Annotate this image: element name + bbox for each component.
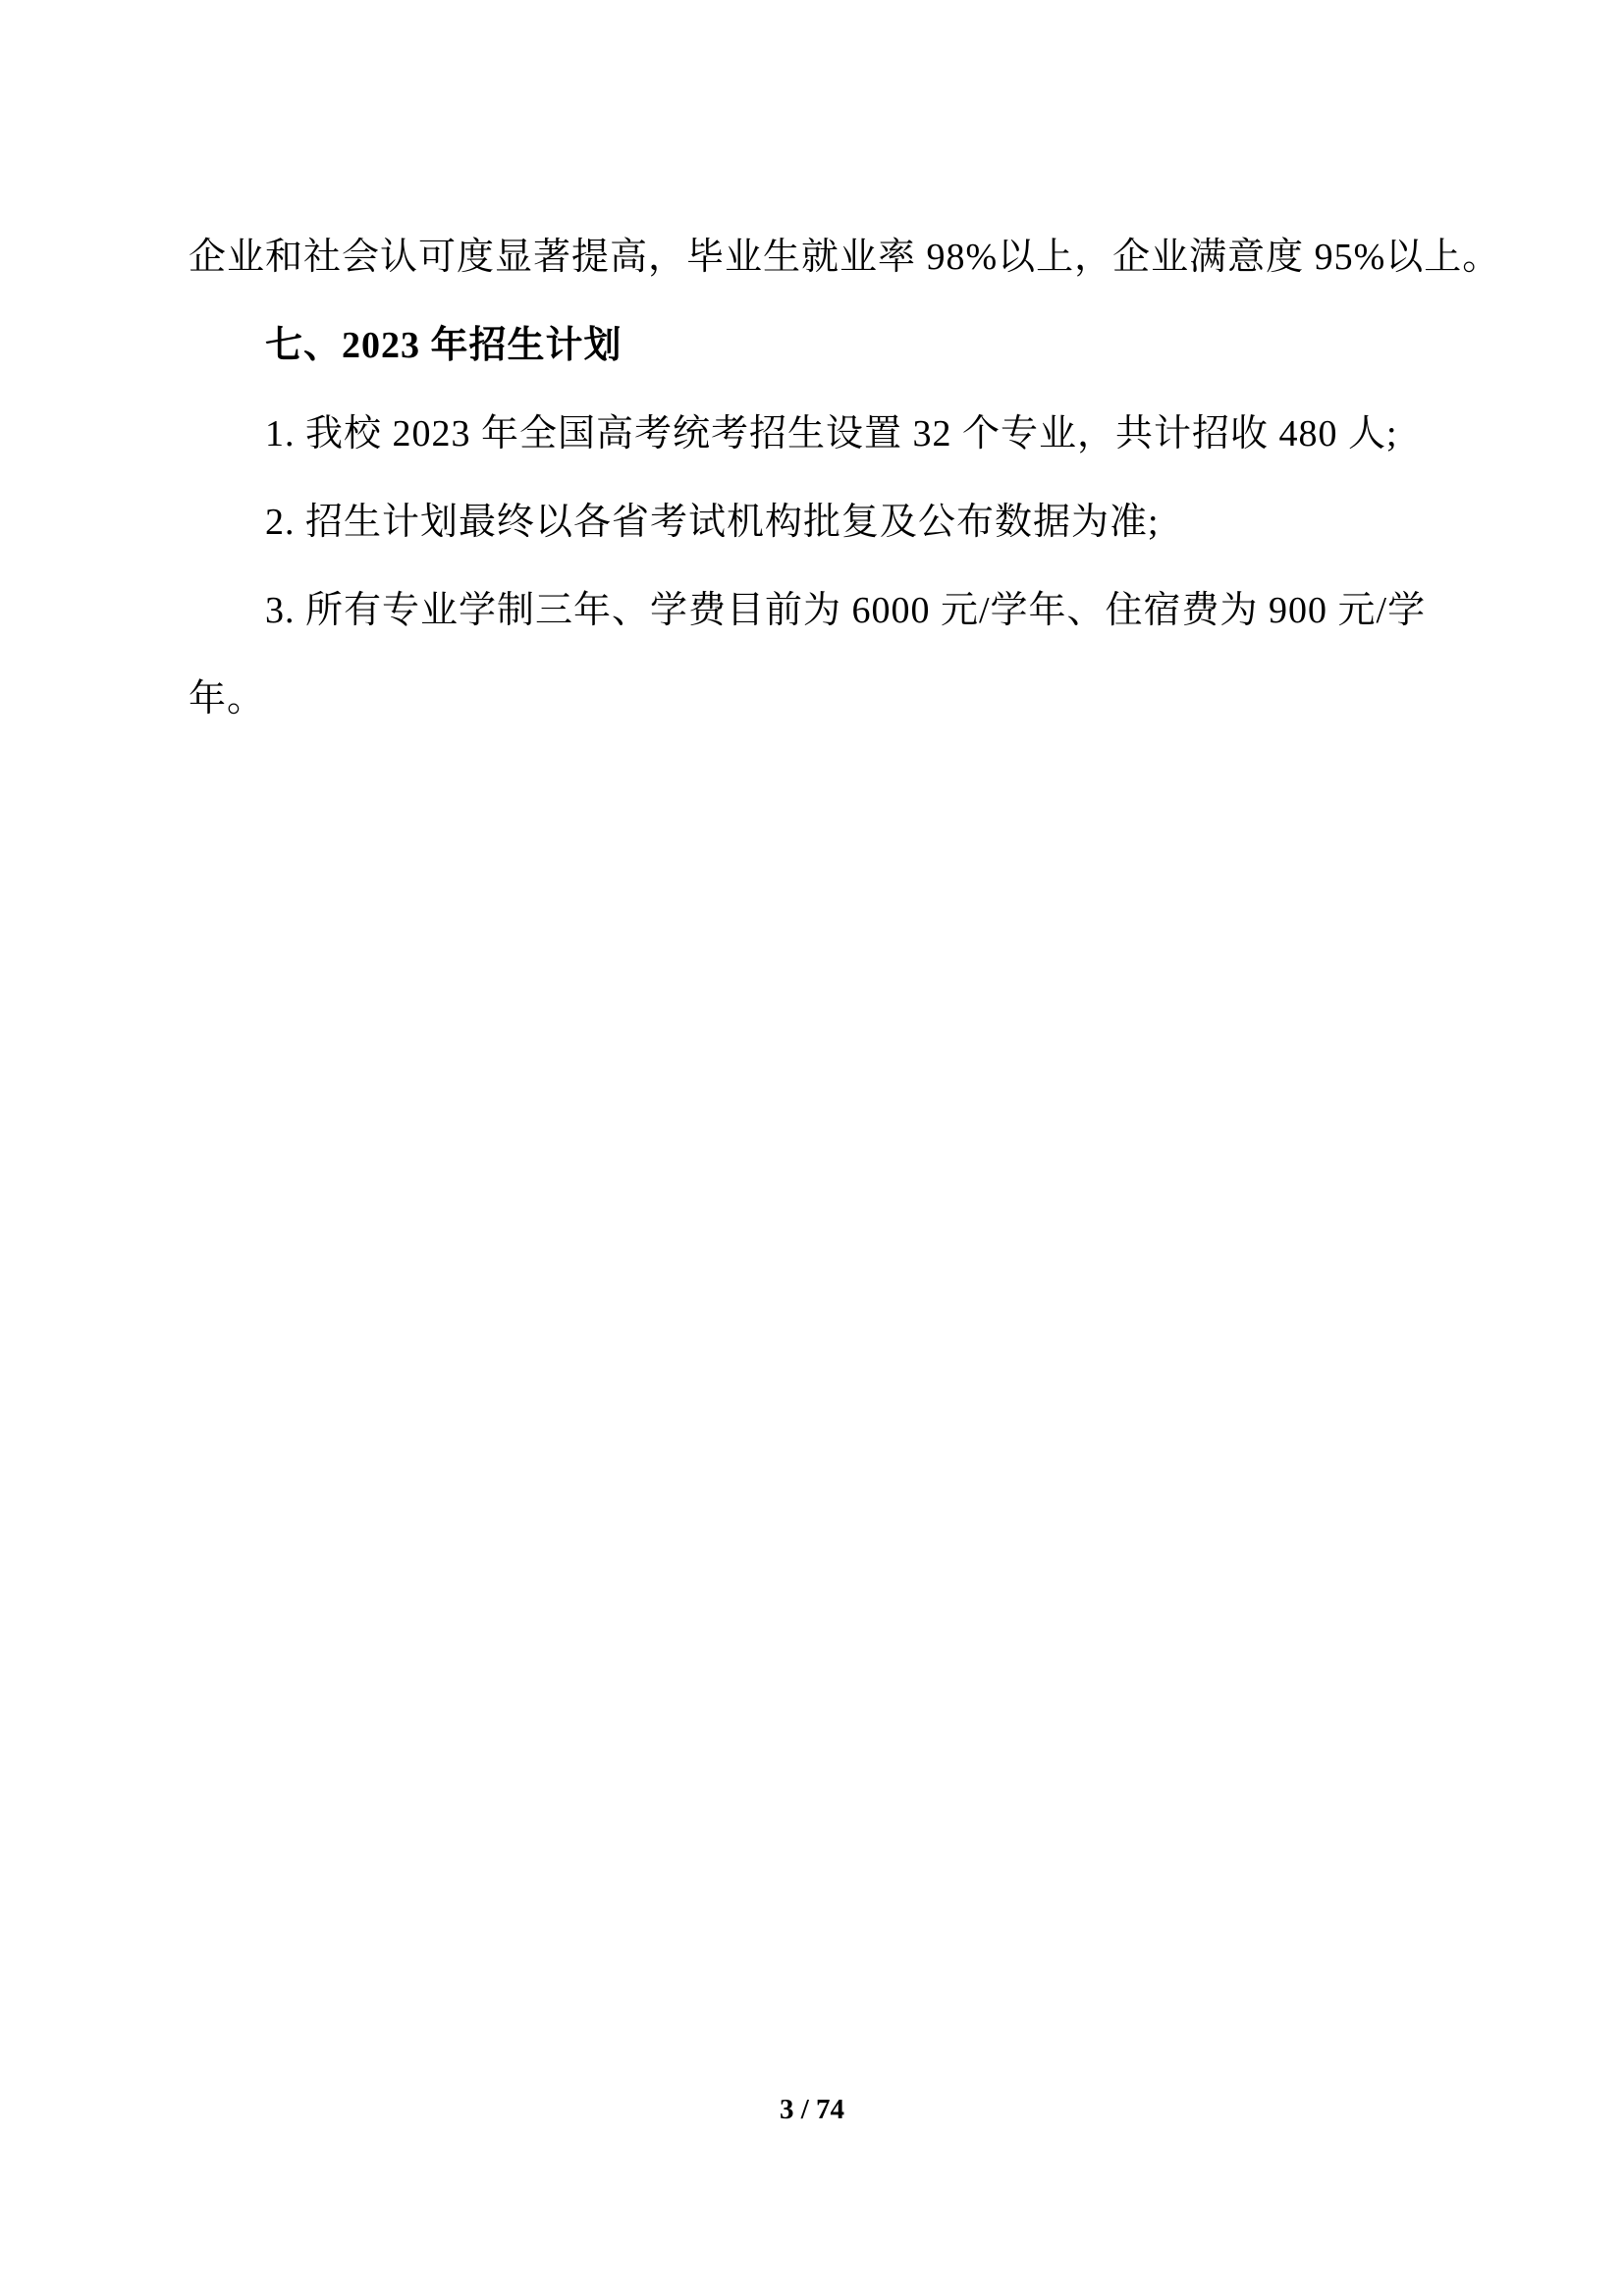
page-footer: 3 / 74 [0, 2089, 1624, 2130]
section-heading: 七、2023 年招生计划 [189, 301, 1435, 390]
list-item-3-line-1: 3. 所有专业学制三年、学费目前为 6000 元/学年、住宿费为 900 元/学 [189, 566, 1435, 655]
list-item-1: 1. 我校 2023 年全国高考统考招生设置 32 个专业，共计招收 480 人… [189, 390, 1435, 478]
list-item-3-line-2: 年。 [189, 655, 1435, 743]
list-item-2: 2. 招生计划最终以各省考试机构批复及公布数据为准; [189, 478, 1435, 566]
page-content: 企业和社会认可度显著提高，毕业生就业率 98%以上，企业满意度 95%以上。 七… [189, 213, 1435, 743]
page-number: 3 / 74 [780, 2094, 844, 2125]
paragraph-employment-rate: 企业和社会认可度显著提高，毕业生就业率 98%以上，企业满意度 95%以上。 [189, 213, 1435, 301]
document-page: 企业和社会认可度显著提高，毕业生就业率 98%以上，企业满意度 95%以上。 七… [0, 0, 1624, 2296]
